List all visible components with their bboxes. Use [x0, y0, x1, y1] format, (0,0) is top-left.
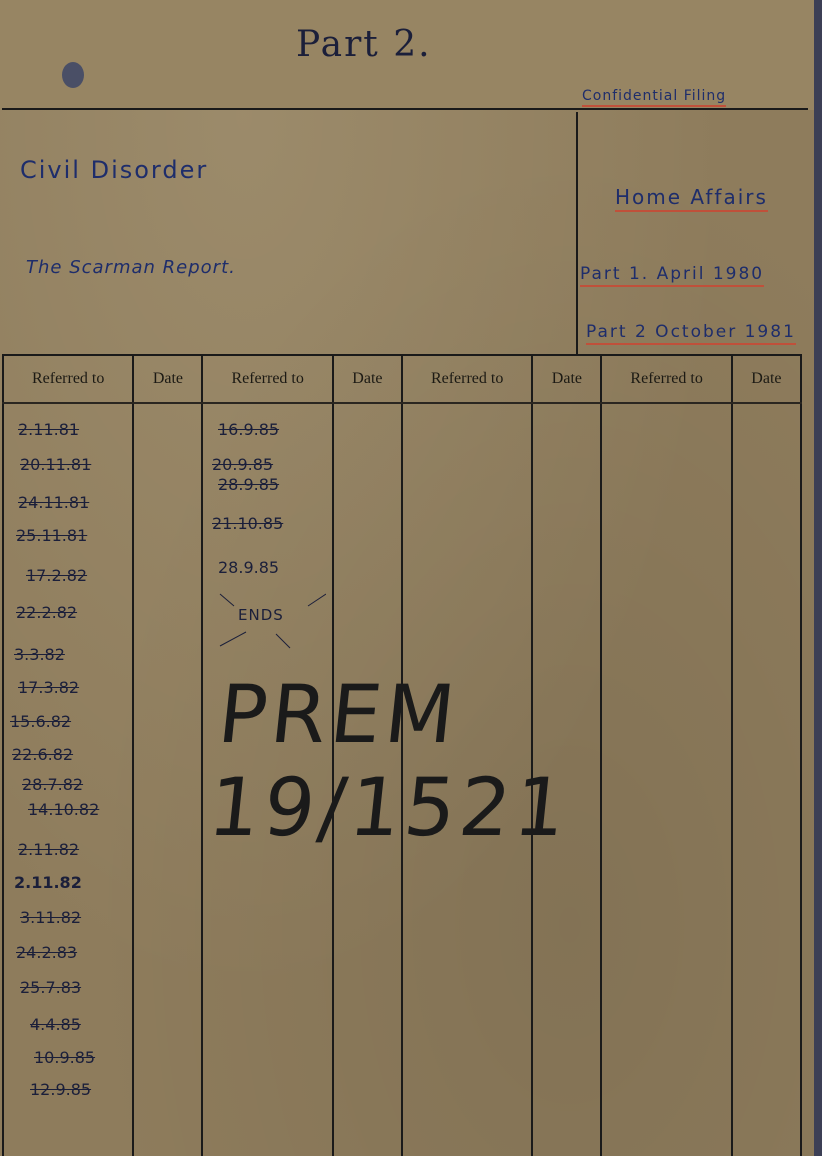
date-entry: 15.6.82 [10, 712, 71, 731]
punch-hole [62, 62, 84, 88]
department-label: Home Affairs [615, 185, 768, 212]
date-entry: 28.7.82 [22, 775, 83, 794]
reference-number: PREM 19/1521 [204, 668, 822, 854]
header-date-4: Date [732, 355, 801, 403]
part2-label: Part 2 October 1981 [586, 322, 796, 345]
date-entry: 3.3.82 [14, 645, 65, 664]
date-entry: 2.11.81 [18, 420, 79, 439]
date-entry: 12.9.85 [30, 1080, 91, 1099]
part1-label: Part 1. April 1980 [580, 264, 764, 287]
file-cover: Part 2. Confidential Filing Civil Disord… [0, 0, 814, 1156]
date-entry: 4.4.85 [30, 1015, 81, 1034]
date-entry: 22.2.82 [16, 603, 77, 622]
header-referred-to-2: Referred to [202, 355, 332, 403]
date-entry: 22.6.82 [12, 745, 73, 764]
date-entry: 2.11.82 [14, 873, 82, 892]
date-entry: 25.11.81 [16, 526, 87, 545]
scan-edge [814, 0, 822, 1156]
date-entry: 20.9.85 [212, 455, 273, 474]
header-date-1: Date [133, 355, 202, 403]
date-entry: 3.11.82 [20, 908, 81, 927]
date-entry: 20.11.81 [20, 455, 91, 474]
date-entry: 17.3.82 [18, 678, 79, 697]
date-entry: 24.11.81 [18, 493, 89, 512]
header-referred-to-4: Referred to [601, 355, 731, 403]
date-entry: 14.10.82 [28, 800, 99, 819]
header-referred-to-3: Referred to [402, 355, 532, 403]
date-entry: 25.7.83 [20, 978, 81, 997]
header-date-2: Date [333, 355, 402, 403]
date-entry: 24.2.83 [16, 943, 77, 962]
date-entry: 21.10.85 [212, 514, 283, 533]
header-referred-to-1: Referred to [3, 355, 133, 403]
header-column-divider [576, 112, 578, 354]
date-entry: 17.2.82 [26, 566, 87, 585]
subject-title: Civil Disorder [20, 156, 208, 184]
ends-label: ENDS [238, 606, 284, 624]
header-date-3: Date [532, 355, 601, 403]
table-header-row: Referred to Date Referred to Date Referr… [3, 355, 801, 403]
date-entry: 2.11.82 [18, 840, 79, 859]
part-heading: Part 2. [296, 24, 432, 65]
date-entry: 10.9.85 [34, 1048, 95, 1067]
subject-subtitle: The Scarman Report. [26, 257, 236, 278]
date-entry: 28.9.85 [218, 475, 279, 494]
date-entry: 16.9.85 [218, 420, 279, 439]
header-divider [2, 108, 808, 110]
date-entry: 28.9.85 [218, 558, 279, 577]
classification-label: Confidential Filing [582, 88, 726, 107]
column-date-1 [133, 403, 202, 1156]
